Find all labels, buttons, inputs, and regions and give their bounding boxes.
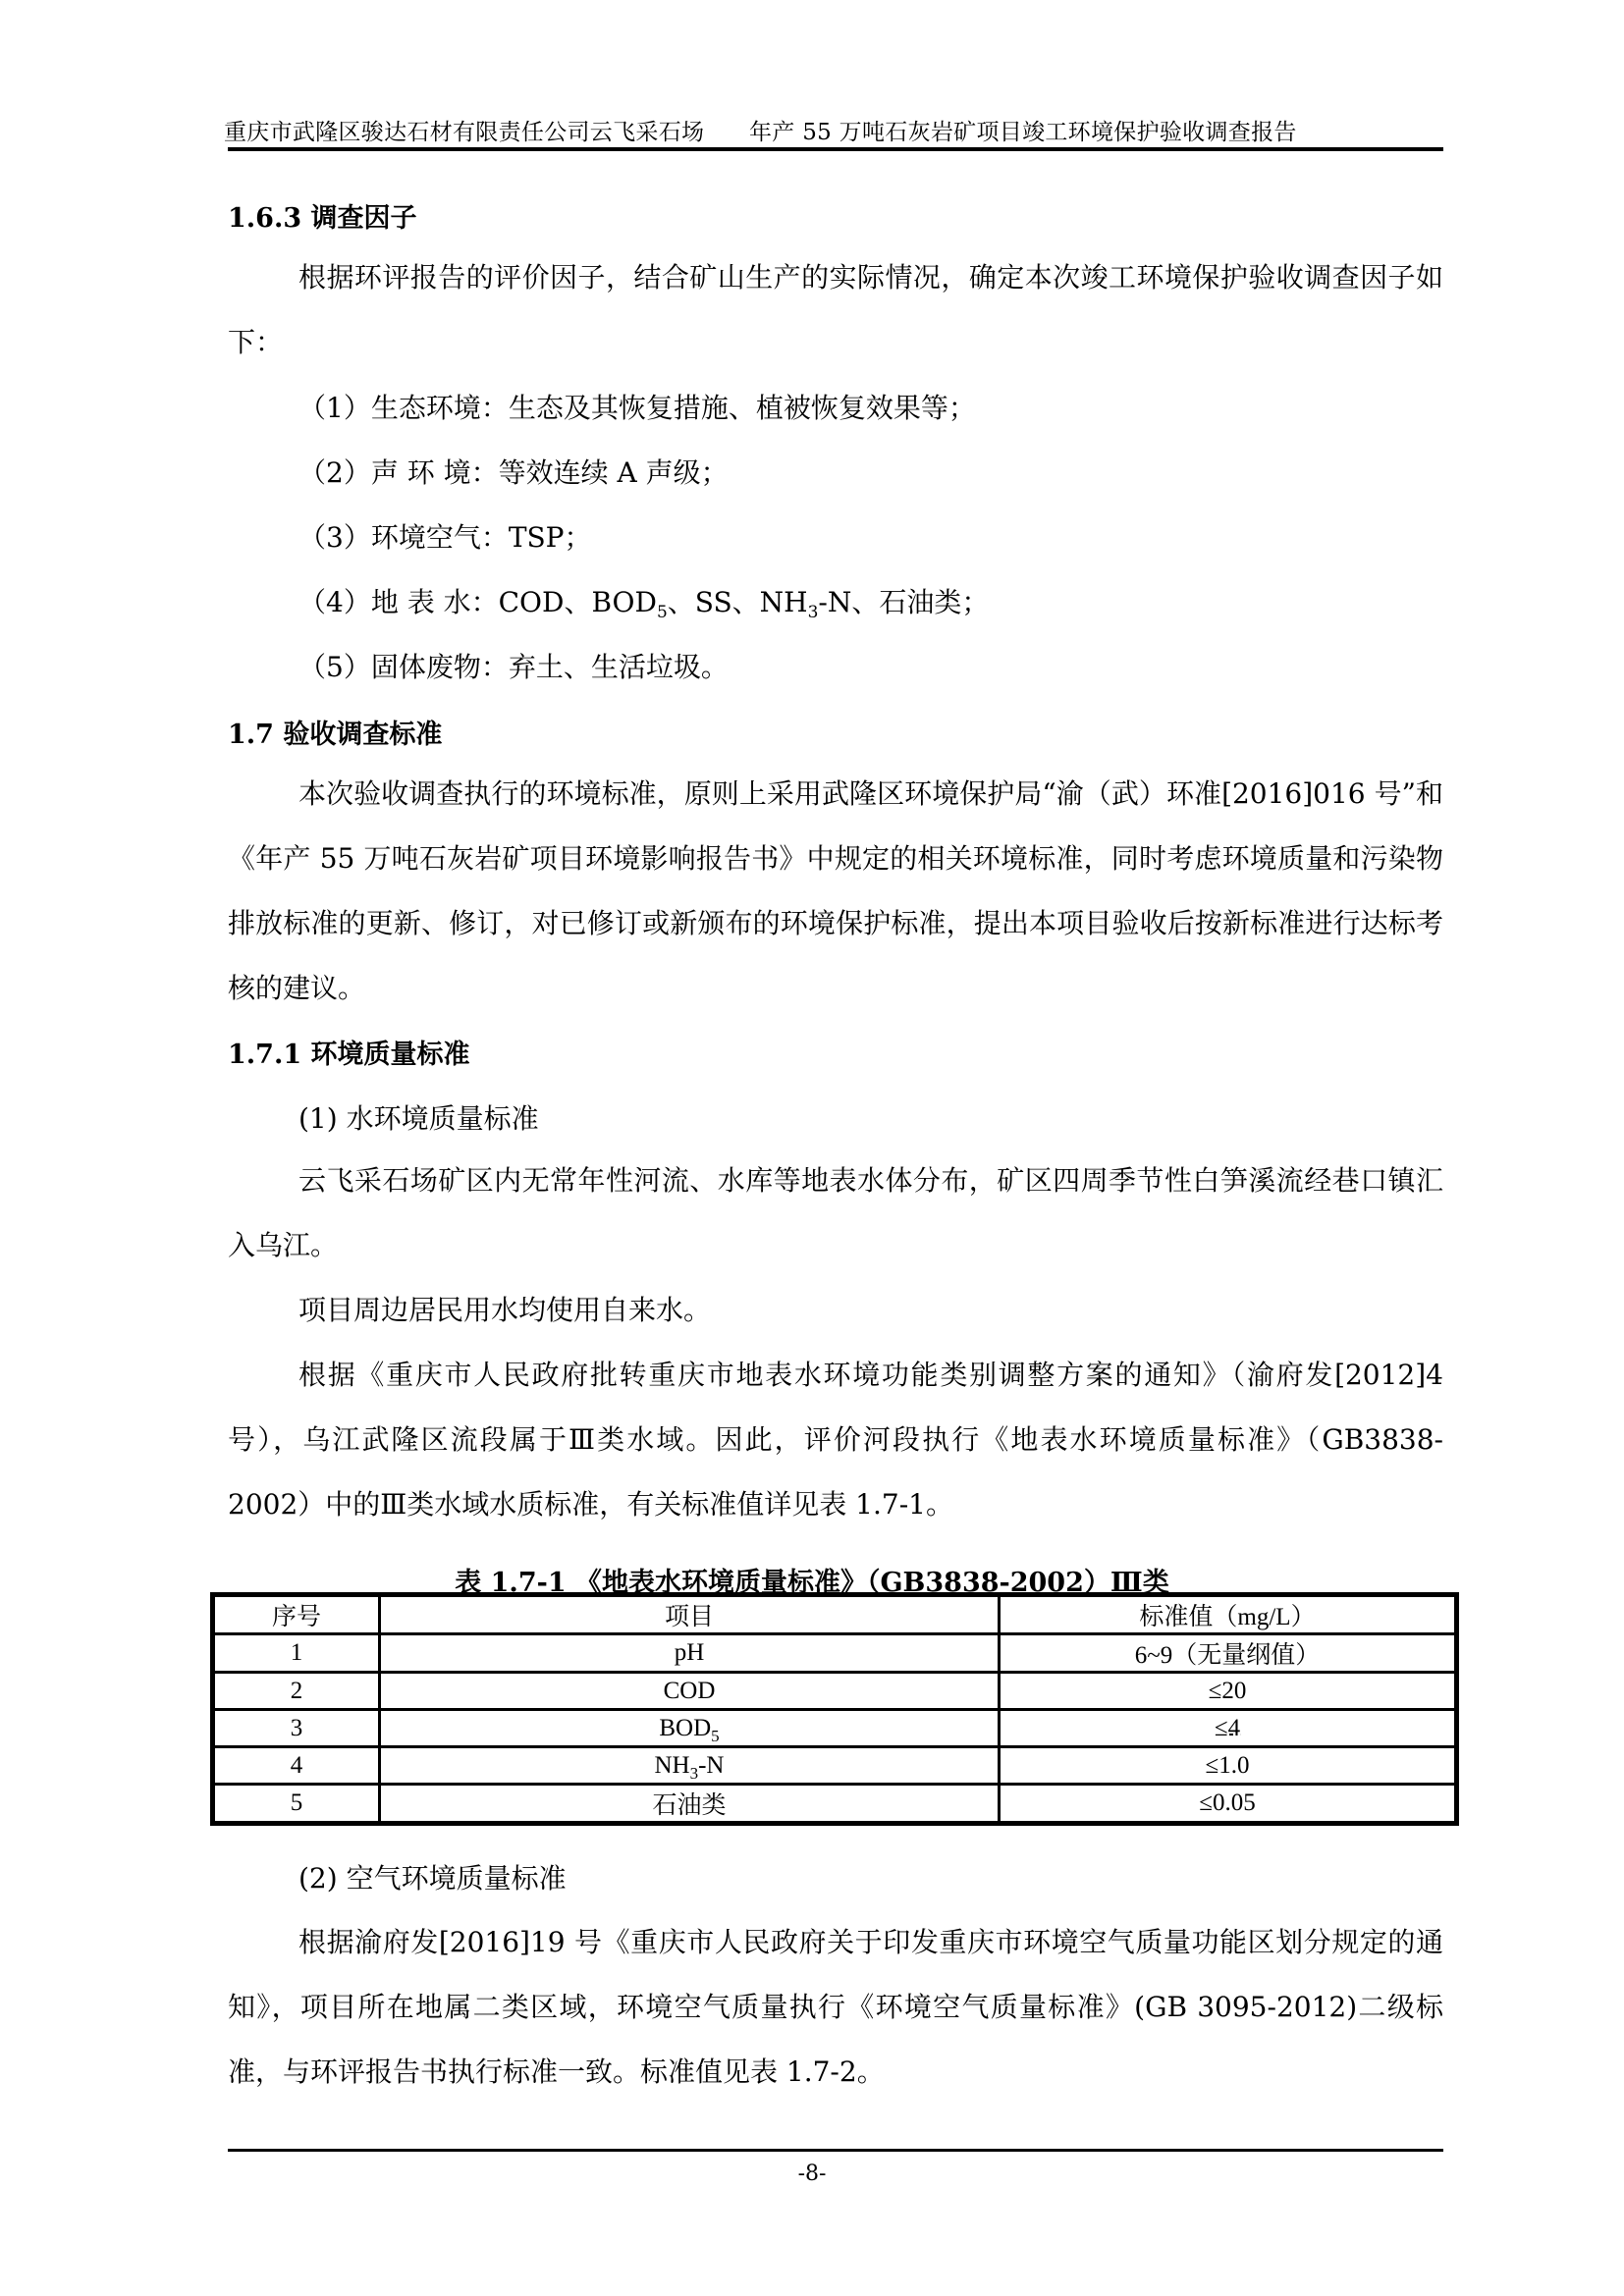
item-text: -N、石油类； bbox=[818, 586, 989, 618]
cell-no: 3 bbox=[213, 1710, 380, 1747]
item-text: 等效连续 A 声级； bbox=[499, 456, 729, 489]
list-item-surface-water: （4）地 表 水：COD、BOD5、SS、NH3-N、石油类； bbox=[298, 581, 989, 620]
item-main: BOD bbox=[659, 1715, 711, 1741]
paragraph-air-standard: 根据渝府发[2016]19 号《重庆市人民政府关于印发重庆市环境空气质量功能区划… bbox=[228, 1910, 1443, 2105]
cell-no: 5 bbox=[213, 1785, 380, 1824]
item-text: COD、BOD bbox=[499, 586, 657, 618]
section-heading-1-7-1: 1.7.1 环境质量标准 bbox=[228, 1033, 470, 1071]
subheading-water-quality: (1) 水环境质量标准 bbox=[298, 1097, 539, 1137]
header-rule bbox=[228, 147, 1443, 151]
cell-item: 石油类 bbox=[380, 1785, 1000, 1824]
header-company: 重庆市武隆区骏达石材有限责任公司云飞采石场 bbox=[224, 120, 704, 145]
subscript: 3 bbox=[690, 1764, 699, 1783]
item-text: 生态及其恢复措施、植被恢复效果等； bbox=[509, 392, 976, 424]
cell-no: 1 bbox=[213, 1634, 380, 1673]
item-text: 、SS、NH bbox=[668, 586, 808, 618]
item-label: （5）固体废物： bbox=[298, 651, 509, 683]
list-item-solid-waste: （5）固体废物：弃土、生活垃圾。 bbox=[298, 646, 729, 685]
header-cell-item: 项目 bbox=[380, 1595, 1000, 1634]
running-header: 重庆市武隆区骏达石材有限责任公司云飞采石场 年产 55 万吨石灰岩矿项目竣工环境… bbox=[224, 114, 1297, 146]
table-row: 1 pH 6~9（无量纲值） bbox=[213, 1634, 1457, 1673]
item-tail: -N bbox=[698, 1752, 724, 1779]
paragraph-survey-factors-intro: 根据环评报告的评价因子，结合矿山生产的实际情况，确定本次竣工环境保护验收调查因子… bbox=[228, 245, 1443, 375]
item-label: （2）声 环 境： bbox=[298, 456, 499, 489]
list-item-noise: （2）声 环 境：等效连续 A 声级； bbox=[298, 452, 729, 491]
item-text: TSP； bbox=[509, 521, 592, 554]
header-cell-value: 标准值（mg/L） bbox=[1000, 1595, 1457, 1634]
section-heading-1-7: 1.7 验收调查标准 bbox=[228, 713, 442, 751]
cell-value: ≤4 bbox=[1000, 1710, 1457, 1747]
cell-value: ≤1.0 bbox=[1000, 1747, 1457, 1785]
paragraph-standards-intro: 本次验收调查执行的环境标准，原则上采用武隆区环境保护局“渝（武）环准[2016]… bbox=[228, 762, 1443, 1021]
cell-item: NH3-N bbox=[380, 1747, 1000, 1785]
list-item-air: （3）环境空气：TSP； bbox=[298, 516, 592, 556]
table-header-row: 序号 项目 标准值（mg/L） bbox=[213, 1595, 1457, 1634]
item-label: （1）生态环境： bbox=[298, 392, 509, 424]
page-number: -8- bbox=[0, 2162, 1624, 2186]
footer-rule bbox=[228, 2149, 1443, 2152]
table-row: 5 石油类 ≤0.05 bbox=[213, 1785, 1457, 1824]
paragraph-water-bodies: 云飞采石场矿区内无常年性河流、水库等地表水体分布，矿区四周季节性白笋溪流经巷口镇… bbox=[228, 1148, 1443, 1278]
section-heading-1-6-3: 1.6.3 调查因子 bbox=[228, 196, 417, 235]
surface-water-standards-table: 序号 项目 标准值（mg/L） 1 pH 6~9（无量纲值） 2 COD ≤20… bbox=[210, 1592, 1459, 1826]
header-report-title: 年产 55 万吨石灰岩矿项目竣工环境保护验收调查报告 bbox=[749, 120, 1297, 145]
cell-value: ≤20 bbox=[1000, 1673, 1457, 1710]
paragraph-water-classification: 根据《重庆市人民政府批转重庆市地表水环境功能类别调整方案的通知》（渝府发[201… bbox=[228, 1343, 1443, 1537]
table-row: 3 BOD5 ≤4 bbox=[213, 1710, 1457, 1747]
cell-item: COD bbox=[380, 1673, 1000, 1710]
cell-value: ≤0.05 bbox=[1000, 1785, 1457, 1824]
list-item-ecology: （1）生态环境：生态及其恢复措施、植被恢复效果等； bbox=[298, 387, 976, 426]
subheading-air-quality: (2) 空气环境质量标准 bbox=[298, 1857, 567, 1896]
table-row: 2 COD ≤20 bbox=[213, 1673, 1457, 1710]
header-cell-no: 序号 bbox=[213, 1595, 380, 1634]
item-label: （3）环境空气： bbox=[298, 521, 509, 554]
subscript: 5 bbox=[711, 1727, 720, 1745]
paragraph-tap-water: 项目周边居民用水均使用自来水。 bbox=[228, 1278, 1443, 1343]
cell-item: pH bbox=[380, 1634, 1000, 1673]
cell-no: 4 bbox=[213, 1747, 380, 1785]
cell-item: BOD5 bbox=[380, 1710, 1000, 1747]
subscript: 5 bbox=[657, 603, 668, 622]
item-label: （4）地 表 水： bbox=[298, 586, 499, 618]
item-main: NH bbox=[655, 1752, 690, 1779]
cell-no: 2 bbox=[213, 1673, 380, 1710]
cell-value: 6~9（无量纲值） bbox=[1000, 1634, 1457, 1673]
table-row: 4 NH3-N ≤1.0 bbox=[213, 1747, 1457, 1785]
item-text: 弃土、生活垃圾。 bbox=[509, 651, 729, 683]
subscript: 3 bbox=[808, 603, 819, 622]
